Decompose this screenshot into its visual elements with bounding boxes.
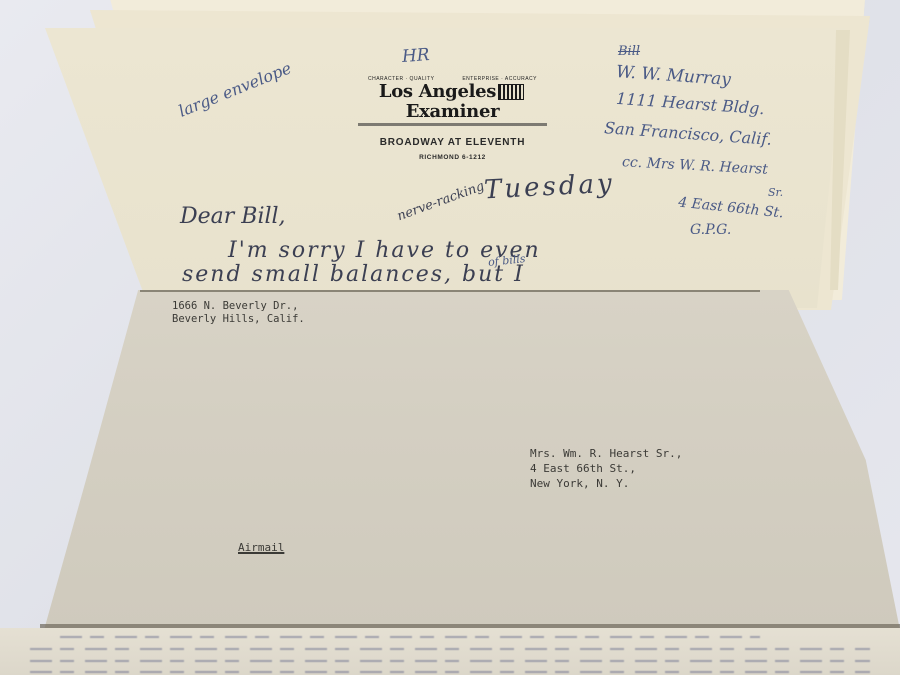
newspaper-name: Los AngelesExaminer <box>340 82 565 122</box>
body-line: send small balances, but I <box>182 262 525 287</box>
initials: HR <box>401 45 430 67</box>
recipient-line: 4 East 66th St., <box>530 461 682 476</box>
name-right: Examiner <box>406 101 500 122</box>
lower-letter-page <box>0 628 900 675</box>
letterhead-phone: RICHMOND 6-1212 <box>340 154 565 161</box>
recipient-address: Mrs. Wm. R. Hearst Sr.,4 East 66th St.,N… <box>530 446 682 491</box>
envelope-edge <box>140 290 760 292</box>
eagle-emblem-icon <box>498 84 524 100</box>
return-address-line: Beverly Hills, Calif. <box>172 313 305 326</box>
recipient-line: New York, N. Y. <box>530 476 682 491</box>
handwriting-line <box>30 671 870 673</box>
return-address: 1666 N. Beverly Dr.,Beverly Hills, Calif… <box>172 300 305 326</box>
address-line: G.P.G. <box>690 222 731 238</box>
handwriting-line <box>30 660 870 662</box>
letterhead: CHARACTER · QUALITY ENTERPRISE · ACCURAC… <box>340 76 565 161</box>
handwriting-line <box>60 636 760 638</box>
name-left: Los Angeles <box>379 81 496 102</box>
address-line: Sr. <box>768 186 783 199</box>
letterhead-street: BROADWAY AT ELEVENTH <box>340 137 565 148</box>
recipient-line: Mrs. Wm. R. Hearst Sr., <box>530 446 682 461</box>
motto-banner <box>358 123 547 126</box>
address-line: Bill <box>618 44 640 59</box>
salutation: Dear Bill, <box>180 204 286 229</box>
return-address-line: 1666 N. Beverly Dr., <box>172 300 305 313</box>
airmail-label: Airmail <box>238 541 284 554</box>
envelope <box>44 290 900 630</box>
handwriting-line <box>30 648 870 650</box>
